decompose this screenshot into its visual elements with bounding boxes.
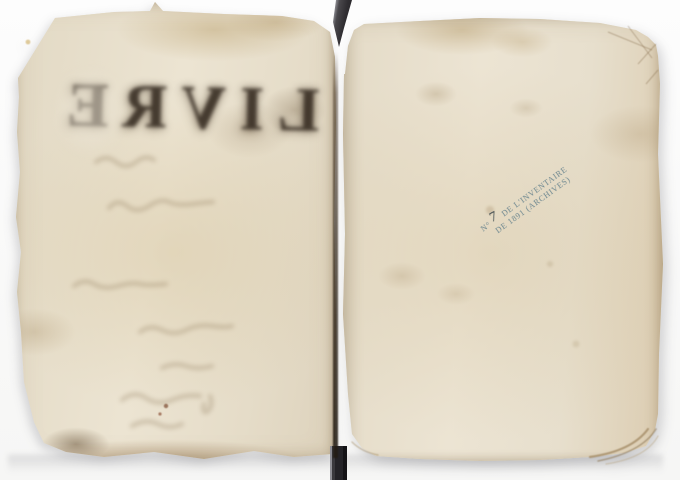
- gutter-shadow: [333, 52, 338, 458]
- title-fade-smudge: [62, 76, 118, 148]
- page-texture-marks: [340, 14, 666, 466]
- book-scan-viewport: LIVRE: [0, 0, 680, 480]
- right-page: N°7 DE L'INVENTAIRE DE 1891 (ARCHIVES): [340, 14, 666, 466]
- left-page: LIVRE: [14, 2, 338, 464]
